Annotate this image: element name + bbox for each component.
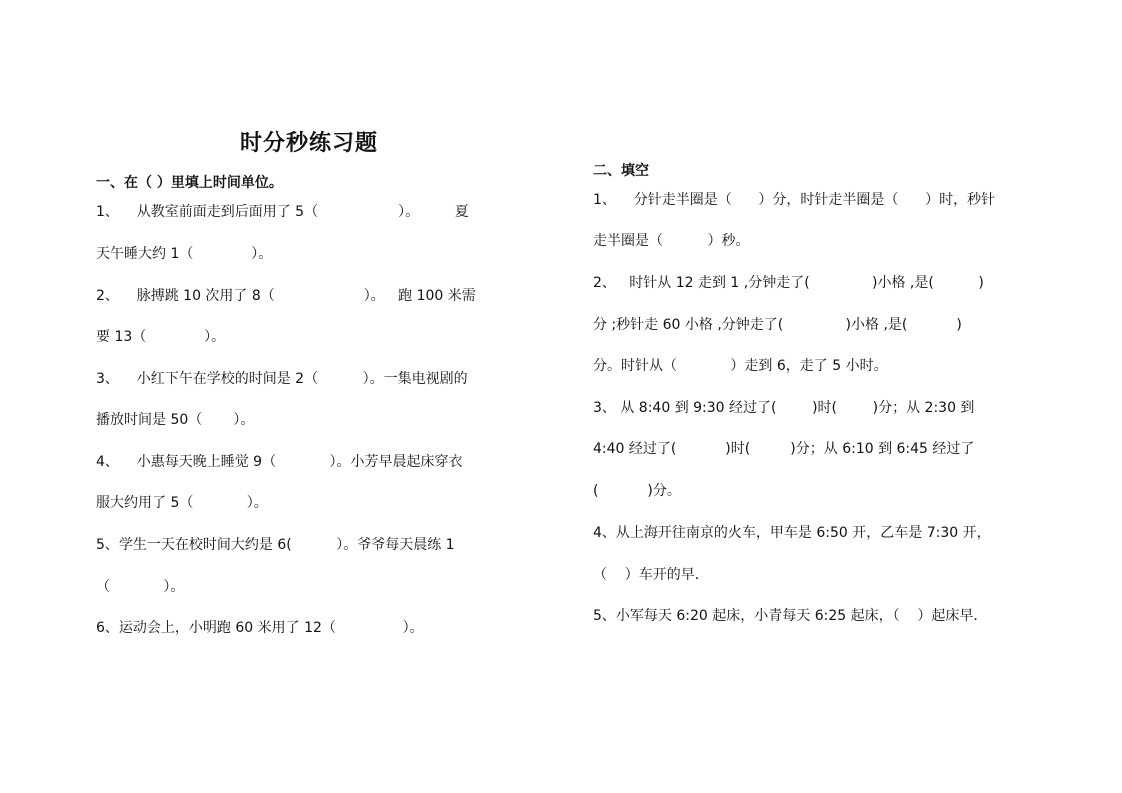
section2-line: 分 ;秒针走 60 小格 ,分钟走了( )小格 ,是( ) xyxy=(593,316,962,334)
section2-heading: 二、填空 xyxy=(593,160,649,180)
section1-line: （ ）。 xyxy=(96,578,184,596)
section1-line: 6、运动会上，小明跑 60 米用了 12（ ）。 xyxy=(96,619,424,637)
section2-line: （ ）车开的早． xyxy=(593,566,709,584)
section2-line: ( )分。 xyxy=(593,482,681,500)
page-title: 时分秒练习题 xyxy=(240,126,378,157)
section2-line: 1、 分针走半圈是（ ）分，时针走半圈是（ ）时，秒针 xyxy=(593,191,995,209)
section1-line: 服大约用了 5（ ）。 xyxy=(96,494,268,512)
section2-line: 3、 从 8:40 到 9:30 经过了( )时( )分；从 2:30 到 xyxy=(593,399,974,417)
section1-line: 4、 小惠每天晚上睡觉 9（ ）。小芳早晨起床穿衣 xyxy=(96,453,462,471)
section1-line: 天午睡大约 1（ ）。 xyxy=(96,245,272,263)
section2-line: 5、小军每天 6:20 起床，小青每天 6:25 起床，（ ）起床早． xyxy=(593,607,987,625)
section1-heading: 一、在（ ）里填上时间单位。 xyxy=(96,172,283,192)
section1-line: 3、 小红下午在学校的时间是 2（ ）。一集电视剧的 xyxy=(96,370,468,388)
section1-line: 播放时间是 50（ ）。 xyxy=(96,411,254,429)
section1-line: 5、学生一天在校时间大约是 6( ）。爷爷每天晨练 1 xyxy=(96,536,455,554)
section1-line: 2、 脉搏跳 10 次用了 8（ ）。 跑 100 米需 xyxy=(96,287,476,305)
section1-line: 1、 从教室前面走到后面用了 5（ ）。 夏 xyxy=(96,203,469,221)
section1-line: 要 13（ ）。 xyxy=(96,328,225,346)
section2-line: 4、从上海开往南京的火车，甲车是 6:50 开，乙车是 7:30 开， xyxy=(593,524,991,542)
section2-line: 2、 时针从 12 走到 1 ,分钟走了( )小格 ,是( ) xyxy=(593,274,984,292)
section2-line: 分。时针从（ ）走到 6，走了 5 小时。 xyxy=(593,357,888,375)
section2-line: 4:40 经过了( )时( )分；从 6:10 到 6:45 经过了 xyxy=(593,440,974,458)
section2-line: 走半圈是（ ）秒。 xyxy=(593,232,750,250)
